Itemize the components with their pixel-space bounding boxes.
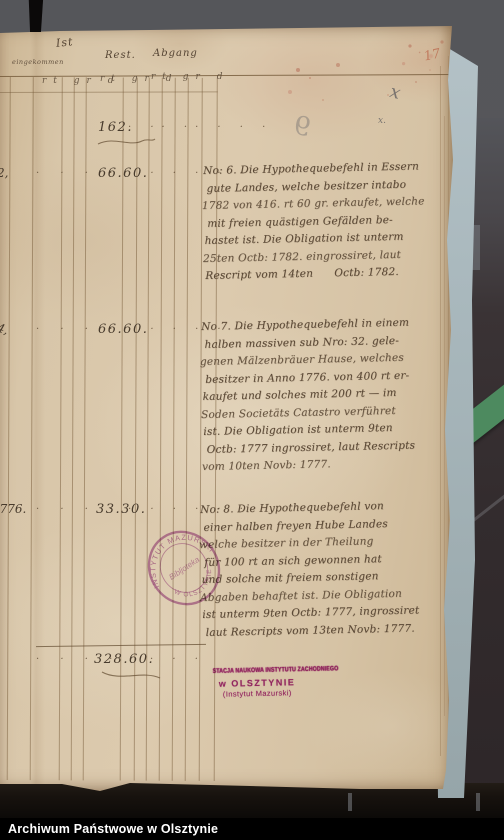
manuscript-page: Ist eingekommen rt gr d Rest. rt gr d Ab… (0, 26, 456, 792)
entry-paragraph-no6: No: 6. Die Hypothequebefehl in Essern gu… (203, 158, 468, 286)
column-header-rest: Rest. (105, 50, 136, 61)
column-header-ist: Ist (55, 35, 74, 50)
column-header-abgang: Abgang (153, 48, 198, 59)
flourish-under-162 (96, 134, 158, 148)
total-value: 328.60. (94, 652, 154, 667)
ledger-row: 2, · · · · 66.60. · · · · · · (0, 166, 230, 186)
archival-scan-viewer: Ist eingekommen rt gr d Rest. rt gr d Ab… (0, 0, 504, 840)
entry-paragraph-no7: No 7. Die Hypothequebefehl in einem halb… (201, 314, 466, 477)
flourish-under-total (98, 668, 168, 684)
column-header-eingekommen: eingekommen (12, 58, 64, 66)
archive-caption: Archiwum Państwowe w Olsztynie (8, 822, 218, 836)
reflection-sliver (476, 793, 480, 811)
leader-dots: · ·· ·· · · · (128, 122, 273, 133)
margin-number: 4, (0, 321, 10, 338)
foxing-spots (296, 68, 300, 72)
stamp-center-text: Bibljoteka (167, 555, 201, 582)
rect-institute-stamp: STACJA NAUKOWA INSTYTUTU ZACHODNIEGO w O… (197, 658, 318, 700)
ledger-row: 4, · · · · 66.60. · · · · · · (0, 322, 230, 342)
book-clamp (25, 0, 46, 32)
caption-bar: Archiwum Państwowe w Olsztynie (0, 818, 504, 840)
margin-number: 1776. (0, 502, 26, 516)
margin-number: 2, (0, 166, 8, 180)
pencil-x-mark: x. (378, 116, 386, 126)
foxing-spots (408, 44, 411, 47)
reflection-sliver (348, 793, 352, 811)
column-units-abgang: rt gr d (151, 72, 229, 82)
